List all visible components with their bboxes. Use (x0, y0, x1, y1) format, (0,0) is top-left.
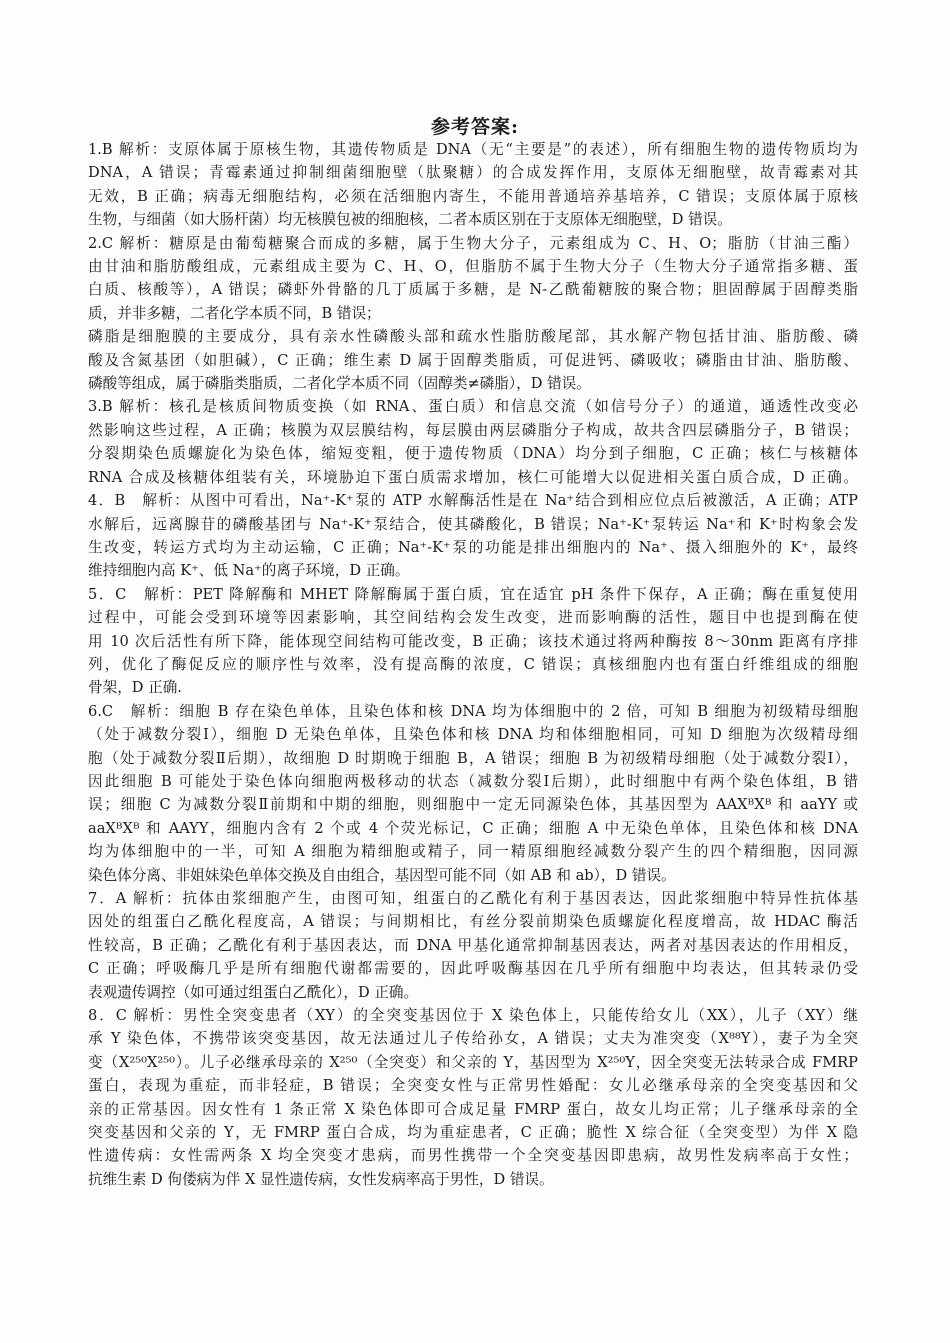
answer-line: 3.B 解析：核孔是核质间物质变换（如 RNA、蛋白质）和信息交流（如信号分子）… (88, 395, 858, 418)
answer-3: 3.B 解析：核孔是核质间物质变换（如 RNA、蛋白质）和信息交流（如信号分子）… (88, 395, 858, 489)
answer-line: DNA，A 错误；青霉素通过抑制细菌细胞壁（肽聚糖）的合成发挥作用，支原体无细胞… (88, 161, 858, 184)
answer-line: 变（X²⁵⁰X²⁵⁰）。儿子必继承母亲的 X²⁵⁰（全突变）和父亲的 Y，基因型… (88, 1051, 858, 1074)
answer-line: 白质、核酸等），A 错误；磷虾外骨骼的几丁质属于多糖，是 N-乙酰葡糖胺的聚合物… (88, 278, 858, 301)
page-title: 参考答案: (0, 112, 950, 139)
answer-line: 分裂期染色质螺旋化为染色体，缩短变粗，便于遗传物质（DNA）均分到子细胞，C 正… (88, 442, 858, 465)
answer-line: 骨架，D 正确. (88, 676, 858, 699)
answer-line: C 正确；呼吸酶几乎是所有细胞代谢都需要的，因此呼吸酶基因在几乎所有细胞中均表达… (88, 957, 858, 980)
answer-line: 磷脂是细胞膜的主要成分，具有亲水性磷酸头部和疏水性脂肪酸尾部，其水解产物包括甘油… (88, 325, 858, 348)
answer-line: 水解后，远离腺苷的磷酸基团与 Na⁺-K⁺泵结合，使其磷酸化，B 错误；Na⁺-… (88, 513, 858, 536)
answer-4: 4．B 解析：从图中可看出，Na⁺-K⁺泵的 ATP 水解酶活性是在 Na⁺结合… (88, 489, 858, 583)
answer-line: 5．C 解析：PET 降解酶和 MHET 降解酶属于蛋白质，宜在适宜 pH 条件… (88, 583, 858, 606)
answer-line: 质，并非多糖，二者化学本质不同，B 错误； (88, 302, 858, 325)
answer-line: 8．C 解析：男性全突变患者（XY）的全突变基因位于 X 染色体上，只能传给女儿… (88, 1004, 858, 1027)
answer-line: 由甘油和脂肪酸组成，元素组成主要为 C、H、O，但脂肪不属于生物大分子（生物大分… (88, 255, 858, 278)
answer-line: 列，优化了酶促反应的顺序性与效率，没有提高酶的浓度，C 错误；真核细胞内也有蛋白… (88, 653, 858, 676)
answer-line: 生改变，转运方式均为主动运输，C 正确；Na⁺-K⁺泵的功能是排出细胞内的 Na… (88, 536, 858, 559)
answer-line: 性遗传病：女性需两条 X 均全突变才患病，而男性携带一个全突变基因即患病，故男性… (88, 1144, 858, 1167)
answer-line: 用 10 次后活性有所下降，能体现空间结构可能改变，B 正确；该技术通过将两种酶… (88, 630, 858, 653)
answer-line: 过程中，可能会受到环境等因素影响，其空间结构会发生改变，进而影响酶的活性，题目中… (88, 606, 858, 629)
answer-8: 8．C 解析：男性全突变患者（XY）的全突变基因位于 X 染色体上，只能传给女儿… (88, 1004, 858, 1191)
answer-2: 2.C 解析：糖原是由葡萄糖聚合而成的多糖，属于生物大分子，元素组成为 C、H、… (88, 232, 858, 396)
document-page: 参考答案: 1.B 解析：支原体属于原核生物，其遗传物质是 DNA（无“主要是”… (0, 0, 950, 1343)
answer-line: 1.B 解析：支原体属于原核生物，其遗传物质是 DNA（无“主要是”的表述），所… (88, 138, 858, 161)
answer-5: 5．C 解析：PET 降解酶和 MHET 降解酶属于蛋白质，宜在适宜 pH 条件… (88, 583, 858, 700)
answer-line: 2.C 解析：糖原是由葡萄糖聚合而成的多糖，属于生物大分子，元素组成为 C、H、… (88, 232, 858, 255)
answer-line: 7．A 解析：抗体由浆细胞产生，由图可知，组蛋白的乙酰化有利于基因表达，因此浆细… (88, 887, 858, 910)
answer-list: 1.B 解析：支原体属于原核生物，其遗传物质是 DNA（无“主要是”的表述），所… (88, 138, 858, 1191)
answer-line: 磷酸等组成，属于磷脂类脂质，二者化学本质不同（固醇类≠磷脂），D 错误。 (88, 372, 858, 395)
answer-line: 无效，B 正确；病毒无细胞结构，必须在活细胞内寄生，不能用普通培养基培养，C 错… (88, 185, 858, 208)
answer-line: 均为体细胞中的一半，可知 A 细胞为精细胞或精子，同一精原细胞经减数分裂产生的四… (88, 840, 858, 863)
answer-7: 7．A 解析：抗体由浆细胞产生，由图可知，组蛋白的乙酰化有利于基因表达，因此浆细… (88, 887, 858, 1004)
answer-line: 误；细胞 C 为减数分裂Ⅱ前期和中期的细胞，则细胞中一定无同源染色体，其基因型为… (88, 793, 858, 816)
answer-line: RNA 合成及核糖体组装有关，环境胁迫下蛋白质需求增加，核仁可能增大以促进相关蛋… (88, 466, 858, 489)
answer-1: 1.B 解析：支原体属于原核生物，其遗传物质是 DNA（无“主要是”的表述），所… (88, 138, 858, 232)
answer-line: 承 Y 染色体，不携带该突变基因，故无法通过儿子传给孙女，A 错误；丈夫为准突变… (88, 1027, 858, 1050)
answer-line: 然影响这些过程，A 正确；核膜为双层膜结构，每层膜由两层磷脂分子构成，故共含四层… (88, 419, 858, 442)
answer-line: 酸及含氮基团（如胆碱），C 正确；维生素 D 属于固醇类脂质，可促进钙、磷吸收；… (88, 349, 858, 372)
answer-line: 6.C 解析：细胞 B 存在染色单体，且染色体和核 DNA 均为体细胞中的 2 … (88, 700, 858, 723)
answer-line: 维持细胞内高 K⁺、低 Na⁺的离子环境，D 正确。 (88, 559, 858, 582)
answer-line: 生物，与细菌（如大肠杆菌）均无核膜包被的细胞核，二者本质区别在于支原体无细胞壁，… (88, 208, 858, 231)
answer-line: 性较高，B 正确；乙酰化有利于基因表达，而 DNA 甲基化通常抑制基因表达，两者… (88, 934, 858, 957)
answer-line: 抗维生素 D 佝偻病为伴 X 显性遗传病，女性发病率高于男性，D 错误。 (88, 1168, 858, 1191)
answer-6: 6.C 解析：细胞 B 存在染色单体，且染色体和核 DNA 均为体细胞中的 2 … (88, 700, 858, 887)
answer-line: 突变基因和父亲的 Y，无 FMRP 蛋白合成，均为重症患者，C 正确；脆性 X … (88, 1121, 858, 1144)
answer-line: 蛋白，表现为重症，而非轻症，B 错误；全突变女性与正常男性婚配：女儿必继承母亲的… (88, 1074, 858, 1097)
answer-line: 染色体分离、非姐妹染色单体交换及自由组合，基因型可能不同（如 AB 和 ab），… (88, 864, 858, 887)
answer-line: 因此细胞 B 可能处于染色体向细胞两极移动的状态（减数分裂Ⅰ后期），此时细胞中有… (88, 770, 858, 793)
answer-line: 表观遗传调控（如可通过组蛋白乙酰化），D 正确。 (88, 981, 858, 1004)
answer-line: （处于减数分裂Ⅰ），细胞 D 无染色单体，且染色体和核 DNA 均和体细胞相同，… (88, 723, 858, 746)
answer-line: 亲的正常基因。因女性有 1 条正常 X 染色体即可合成足量 FMRP 蛋白，故女… (88, 1098, 858, 1121)
answer-line: 4．B 解析：从图中可看出，Na⁺-K⁺泵的 ATP 水解酶活性是在 Na⁺结合… (88, 489, 858, 512)
answer-line: 因处的组蛋白乙酰化程度高，A 错误；与间期相比，有丝分裂前期染色质螺旋化程度增高… (88, 910, 858, 933)
answer-line: aaXᴮXᴮ 和 AAYY，细胞内含有 2 个或 4 个荧光标记，C 正确；细胞… (88, 817, 858, 840)
answer-line: 胞（处于减数分裂Ⅱ后期），故细胞 D 时期晚于细胞 B，A 错误；细胞 B 为初… (88, 747, 858, 770)
